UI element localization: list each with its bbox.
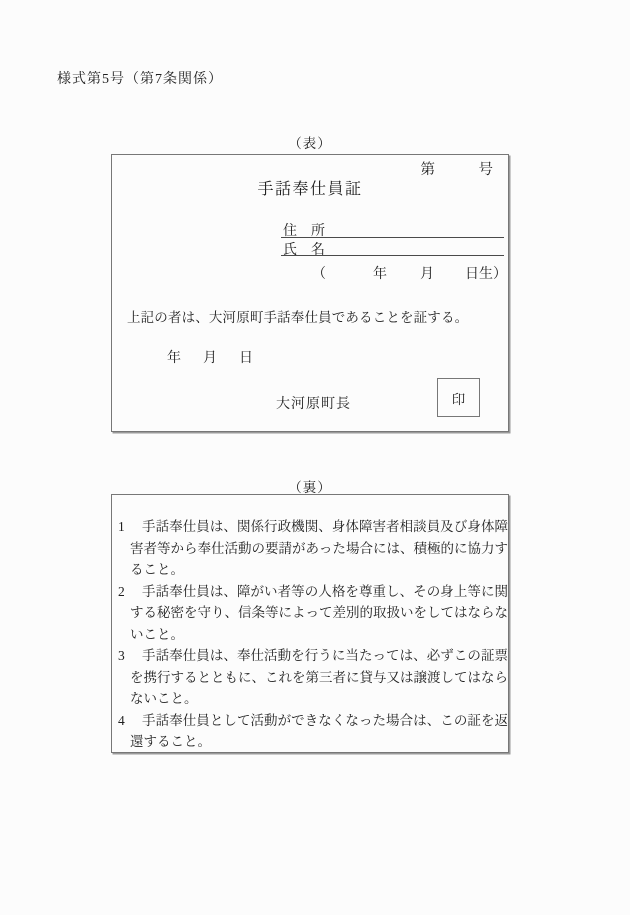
rule-item-text: 手話奉仕員は、障がい者等の人格を尊重し、その身上等に関する秘密を守り、信条等によ… xyxy=(130,584,508,642)
official-seal-box: 印 xyxy=(437,378,480,417)
back-side-label: （裏） xyxy=(111,476,509,496)
issue-date-day-label: 日 xyxy=(239,347,253,367)
rule-item: 2手話奉仕員は、障がい者等の人格を尊重し、その身上等に関する秘密を守り、信条等に… xyxy=(130,581,508,646)
issue-date-year-label: 年 xyxy=(167,347,181,367)
rule-item-number: 1 xyxy=(118,516,142,538)
rule-item: 1手話奉仕員は、関係行政機関、身体障害者相談員及び身体障害者等から奉仕活動の要請… xyxy=(130,516,508,581)
rule-item: 3手話奉仕員は、奉仕活動を行うに当たっては、必ずこの証票を携行するとともに、これ… xyxy=(130,645,508,710)
rule-item: 4手話奉仕員として活動ができなくなった場合は、この証を返還すること。 xyxy=(130,710,508,753)
rule-item-number: 4 xyxy=(118,710,142,732)
issue-date-month-label: 月 xyxy=(203,347,217,367)
birthdate-day-suffix: 日生） xyxy=(465,263,507,283)
name-field-label: 氏 名 xyxy=(283,239,325,259)
birthdate-month-label: 月 xyxy=(420,263,434,283)
birthdate-year-label: 年 xyxy=(373,263,387,283)
rule-item-number: 3 xyxy=(118,645,142,667)
back-rules-list: 1手話奉仕員は、関係行政機関、身体障害者相談員及び身体障害者等から奉仕活動の要請… xyxy=(112,495,508,752)
issuer-title-label: 大河原町長 xyxy=(276,393,351,413)
document-page: 様式第5号（第7条関係） （表） 第 号 手話奉仕員証 住 所 氏 名 （ 年 … xyxy=(0,0,630,915)
form-number-label: 様式第5号（第7条関係） xyxy=(57,68,223,88)
certificate-title: 手話奉仕員証 xyxy=(112,176,508,199)
rule-item-text: 手話奉仕員は、奉仕活動を行うに当たっては、必ずこの証票を携行するとともに、これを… xyxy=(130,648,508,706)
seal-placeholder-label: 印 xyxy=(452,388,466,408)
certificate-front-card: 第 号 手話奉仕員証 住 所 氏 名 （ 年 月 日生） 上記の者は、大河原町手… xyxy=(111,154,509,432)
rule-item-text: 手話奉仕員として活動ができなくなった場合は、この証を返還すること。 xyxy=(130,713,508,750)
rule-item-text: 手話奉仕員は、関係行政機関、身体障害者相談員及び身体障害者等から奉仕活動の要請が… xyxy=(130,519,508,577)
rule-item-number: 2 xyxy=(118,581,142,603)
birthdate-open-paren: （ xyxy=(312,263,326,283)
name-field-underline xyxy=(281,255,504,256)
certificate-back-card: 1手話奉仕員は、関係行政機関、身体障害者相談員及び身体障害者等から奉仕活動の要請… xyxy=(111,494,509,753)
front-side-label: （表） xyxy=(111,132,509,152)
certification-statement: 上記の者は、大河原町手話奉仕員であることを証する。 xyxy=(127,306,468,326)
address-field-underline xyxy=(281,237,504,238)
